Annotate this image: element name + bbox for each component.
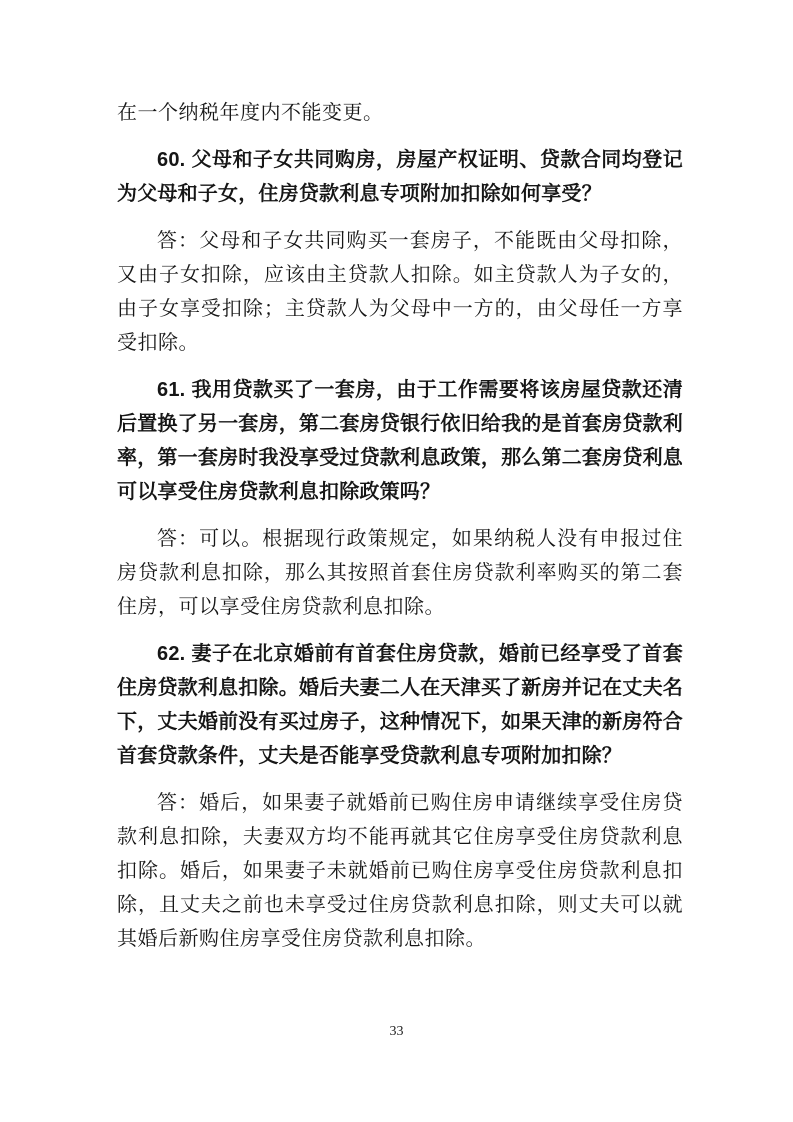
question-61-heading: 61. 我用贷款买了一套房，由于工作需要将该房屋贷款还清后置换了另一套房，第二套…	[117, 373, 683, 509]
answer-62: 答：婚后，如果妻子就婚前已购住房申请继续享受住房贷款利息扣除，夫妻双方均不能再就…	[117, 786, 683, 956]
answer-61: 答：可以。根据现行政策规定，如果纳税人没有申报过住房贷款利息扣除，那么其按照首套…	[117, 522, 683, 624]
question-62-heading: 62. 妻子在北京婚前有首套住房贷款，婚前已经享受了首套住房贷款利息扣除。婚后夫…	[117, 637, 683, 773]
paragraph-continuation: 在一个纳税年度内不能变更。	[117, 96, 683, 130]
page-number: 33	[0, 1024, 793, 1040]
document-page: 在一个纳税年度内不能变更。 60. 父母和子女共同购房，房屋产权证明、贷款合同均…	[0, 0, 793, 1122]
question-60-heading: 60. 父母和子女共同购房，房屋产权证明、贷款合同均登记为父母和子女，住房贷款利…	[117, 143, 683, 211]
page-content: 在一个纳税年度内不能变更。 60. 父母和子女共同购房，房屋产权证明、贷款合同均…	[117, 96, 683, 956]
answer-60: 答：父母和子女共同购买一套房子，不能既由父母扣除，又由子女扣除，应该由主贷款人扣…	[117, 224, 683, 360]
